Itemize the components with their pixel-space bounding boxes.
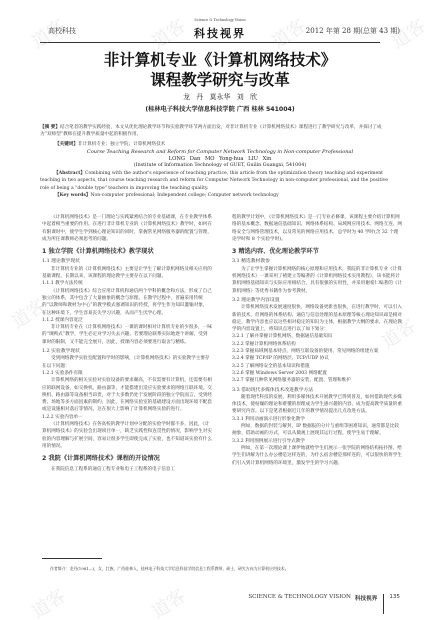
footer-journal-cn: 科技视界 [355,594,377,602]
affiliation: (桂林电子科技大学信息科技学院 广西 桂林 541004) [0,104,440,113]
intro-paragraph: 《计算机网络技术》是一门理论与实践紧密结合的专业基础课，在专业教学体系中起着相当… [42,214,212,243]
keywords-en-label: 【Key words】 [55,193,91,198]
journal-name-cn: 科技视界 [194,27,246,40]
abstract-en-text: Combining with the author's experience o… [40,171,388,191]
paragraph-3-1: 为了让学生掌握计算机网络的核心原理和应用技术，我院的非计算机专业《计算机网络技术… [232,266,402,295]
paragraph-1-1-2: 非计算机专业在《计算机网络技术》一课的课时相对计算机专业的少很多，一味的“填鸭式… [42,324,212,346]
footer-journal-en: SCIENCE & TECHNOLOGY VISION [248,594,351,600]
paragraph-1-2: 受到网络教学实验室配置和学时的影响，《计算机网络技术》的实验教学主要存在以下问题… [42,355,212,370]
footnote-rule [42,558,102,559]
issue-info: 2012 年第 28 期(总第 43 期) [306,26,400,36]
keywords-en: 【Key words】Non-computer professional; In… [55,192,390,198]
paragraph-2-continued: 程的教学计划中，《计算机网络技术》是一门专业必修课，该课程主要介绍计算机网络的基… [232,214,402,243]
list-item: 3.2.5 了解网络安全的基本知识和措施 [232,363,402,370]
abstract-cn-label: 【摘 要】 [40,125,60,130]
subsection-heading-1-2: 1.2 实验教学现状 [42,348,212,355]
paragraph-1-2-2: 《计算机网络技术》在各高校的教学计划中分配的实验学时都不多，因此，《计算机网络技… [42,421,212,450]
subsubsection-heading-1-2-1: 1.2.1 实验条件有限 [42,370,212,377]
abstract-cn-text: 结合笔者的教学实践经验，本文从优化理论教学环节和实验教学环节两方面出发，对非计算… [40,125,382,137]
body-column-right: 程的教学计划中，《计算机网络技术》是一门专业必修课，该课程主要介绍计算机网络的基… [232,214,402,467]
english-affiliation: (Institute of Information Technology of … [0,163,440,168]
subsection-heading-3-1: 3.1 精选教材教参 [232,258,402,265]
subsection-heading-3-2: 3.2 理论教学内容设置 [232,297,402,304]
abstract-cn: 【摘 要】结合笔者的教学实践经验，本文从优化理论教学环节和实验教学环节两方面出发… [40,124,390,138]
subsubsection-heading-1-1-1: 1.1.1 教学方法传统 [42,280,212,287]
list-item: 3.2.6 掌握 Windows Server 2003 网络配置 [232,370,402,377]
english-title: Course Teaching Research and Reform for … [0,149,440,155]
section-heading-3: 3 精选内容、优化理论教学环节 [232,248,402,255]
page-footer: SCIENCE & TECHNOLOGY VISION 科技视界 135 [248,594,400,614]
paragraph-1-1: 非计算机专业的《计算机网络技术》主要是让学生了解计算机网络及相关应用的基础课程。… [42,266,212,281]
subsection-heading-1-1: 1.1 理论教学现状 [42,258,212,265]
footer-divider [383,594,384,614]
paragraph-2: 在我院信息工程系的通信工程专业和电子工程系的电子信息工 [42,466,212,473]
paragraph-3-2: 计算机网络技术发展速度很快，网络设备更新也很快，在进行教学时，可以引入新的技术，… [232,304,402,333]
subsubsection-heading-3-3-2: 3.3.2 利用图例展示进行引导式教学 [232,438,402,445]
watermark: 道客 [146,582,190,620]
subsubsection-heading-1-2-2: 1.2.2 实验内容单一 [42,414,212,421]
keywords-en-text: Non-computer professional; Independent c… [91,193,279,198]
paragraph-3-3-2: 例如，在第一次理论课上课伊始就给学生们展示一张学院的网络结构拓扑图，给学生们讲解… [232,445,402,467]
page-number: 135 [389,594,400,600]
watermark: 道客 [26,582,70,620]
subsection-heading-3-3: 3.3 借助现代多媒体技术改进教学方法 [232,387,402,394]
author-footnote: 作者简介：龙丹(1981—)，女，壮族，广西桂林人，桂林电子科技大学信息科技学院… [50,566,289,572]
list-item: 3.2.3 掌握局域网基本特点、网络互联设备的使用、常见网络的组建方案 [232,348,402,355]
header-rule [40,42,380,43]
list-item: 3.2.2 掌握计算机网络体系结构 [232,341,402,348]
keywords-cn-text: 非计算机专业；独立学院；计算机网络技术 [78,142,165,147]
page-header: 高校科技 Science & Technology Vision 科技视界 20… [40,14,400,42]
journal-name-en: Science & Technology Vision [40,18,400,22]
keywords-cn-label: 【关键词】 [55,142,78,147]
list-item: 3.2.1 了解并掌握计算机网络、数据通信基础知识 [232,333,402,340]
subsubsection-heading-1-1-2: 1.1.2 授课内容宽泛 [42,317,212,324]
paragraph-3-3: 随着现代科技的发展，利用多媒体技术开展教学已得到普及，如何借助现代多媒体技术，使… [232,394,402,416]
title-line-1: 非计算机专业《计算机网络技术》 [0,50,440,70]
article-title: 非计算机专业《计算机网络技术》 课程教学研究与改革 [0,50,440,90]
paragraph-1-1-1: 《计算机网络技术》综合应用计算机和通信两个学科的概念和方法，形成了自己独立的体系… [42,288,212,317]
subsubsection-heading-3-3-1: 3.3.1 利用动画演示进行形象化教学 [232,416,402,423]
authors: 龙 丹 莫永华 刘 欣 [0,92,440,102]
abstract-en-label: 【Abstract】 [54,171,85,176]
section-heading-1: 1 独立学院《计算机网络技术》教学现状 [42,248,212,255]
body-column-left: 《计算机网络技术》是一门理论与实践紧密结合的专业基础课，在专业教学体系中起着相当… [42,214,212,473]
english-authors: LONG Dan MO Yong-hua LIU Xin [0,156,440,162]
title-line-2: 课程教学研究与改革 [0,70,440,90]
paragraph-1-2-1: 计算机网络的相关实验对实验设备的要求颇高，不仅需要有计算机，还需要有相应的联网设… [42,377,212,413]
section-heading-2: 2 我院《计算机网络技术》课程的开设情况 [42,455,212,462]
abstract-en: 【Abstract】Combining with the author's ex… [40,170,390,192]
list-item: 3.2.7 掌握几种常见网络服务器的安装、配置、管理和维护 [232,377,402,384]
paragraph-3-3-1: 例如，数据的封装与解封、IP 数据报的分片与重组等困难知识，通常都是比较抽象，借… [232,423,402,438]
keywords-cn: 【关键词】非计算机专业；独立学院；计算机网络技术 [55,141,390,147]
list-item: 3.2.4 掌握 TCP/IP 的网络层、TCP/UDP 协议 [232,355,402,362]
